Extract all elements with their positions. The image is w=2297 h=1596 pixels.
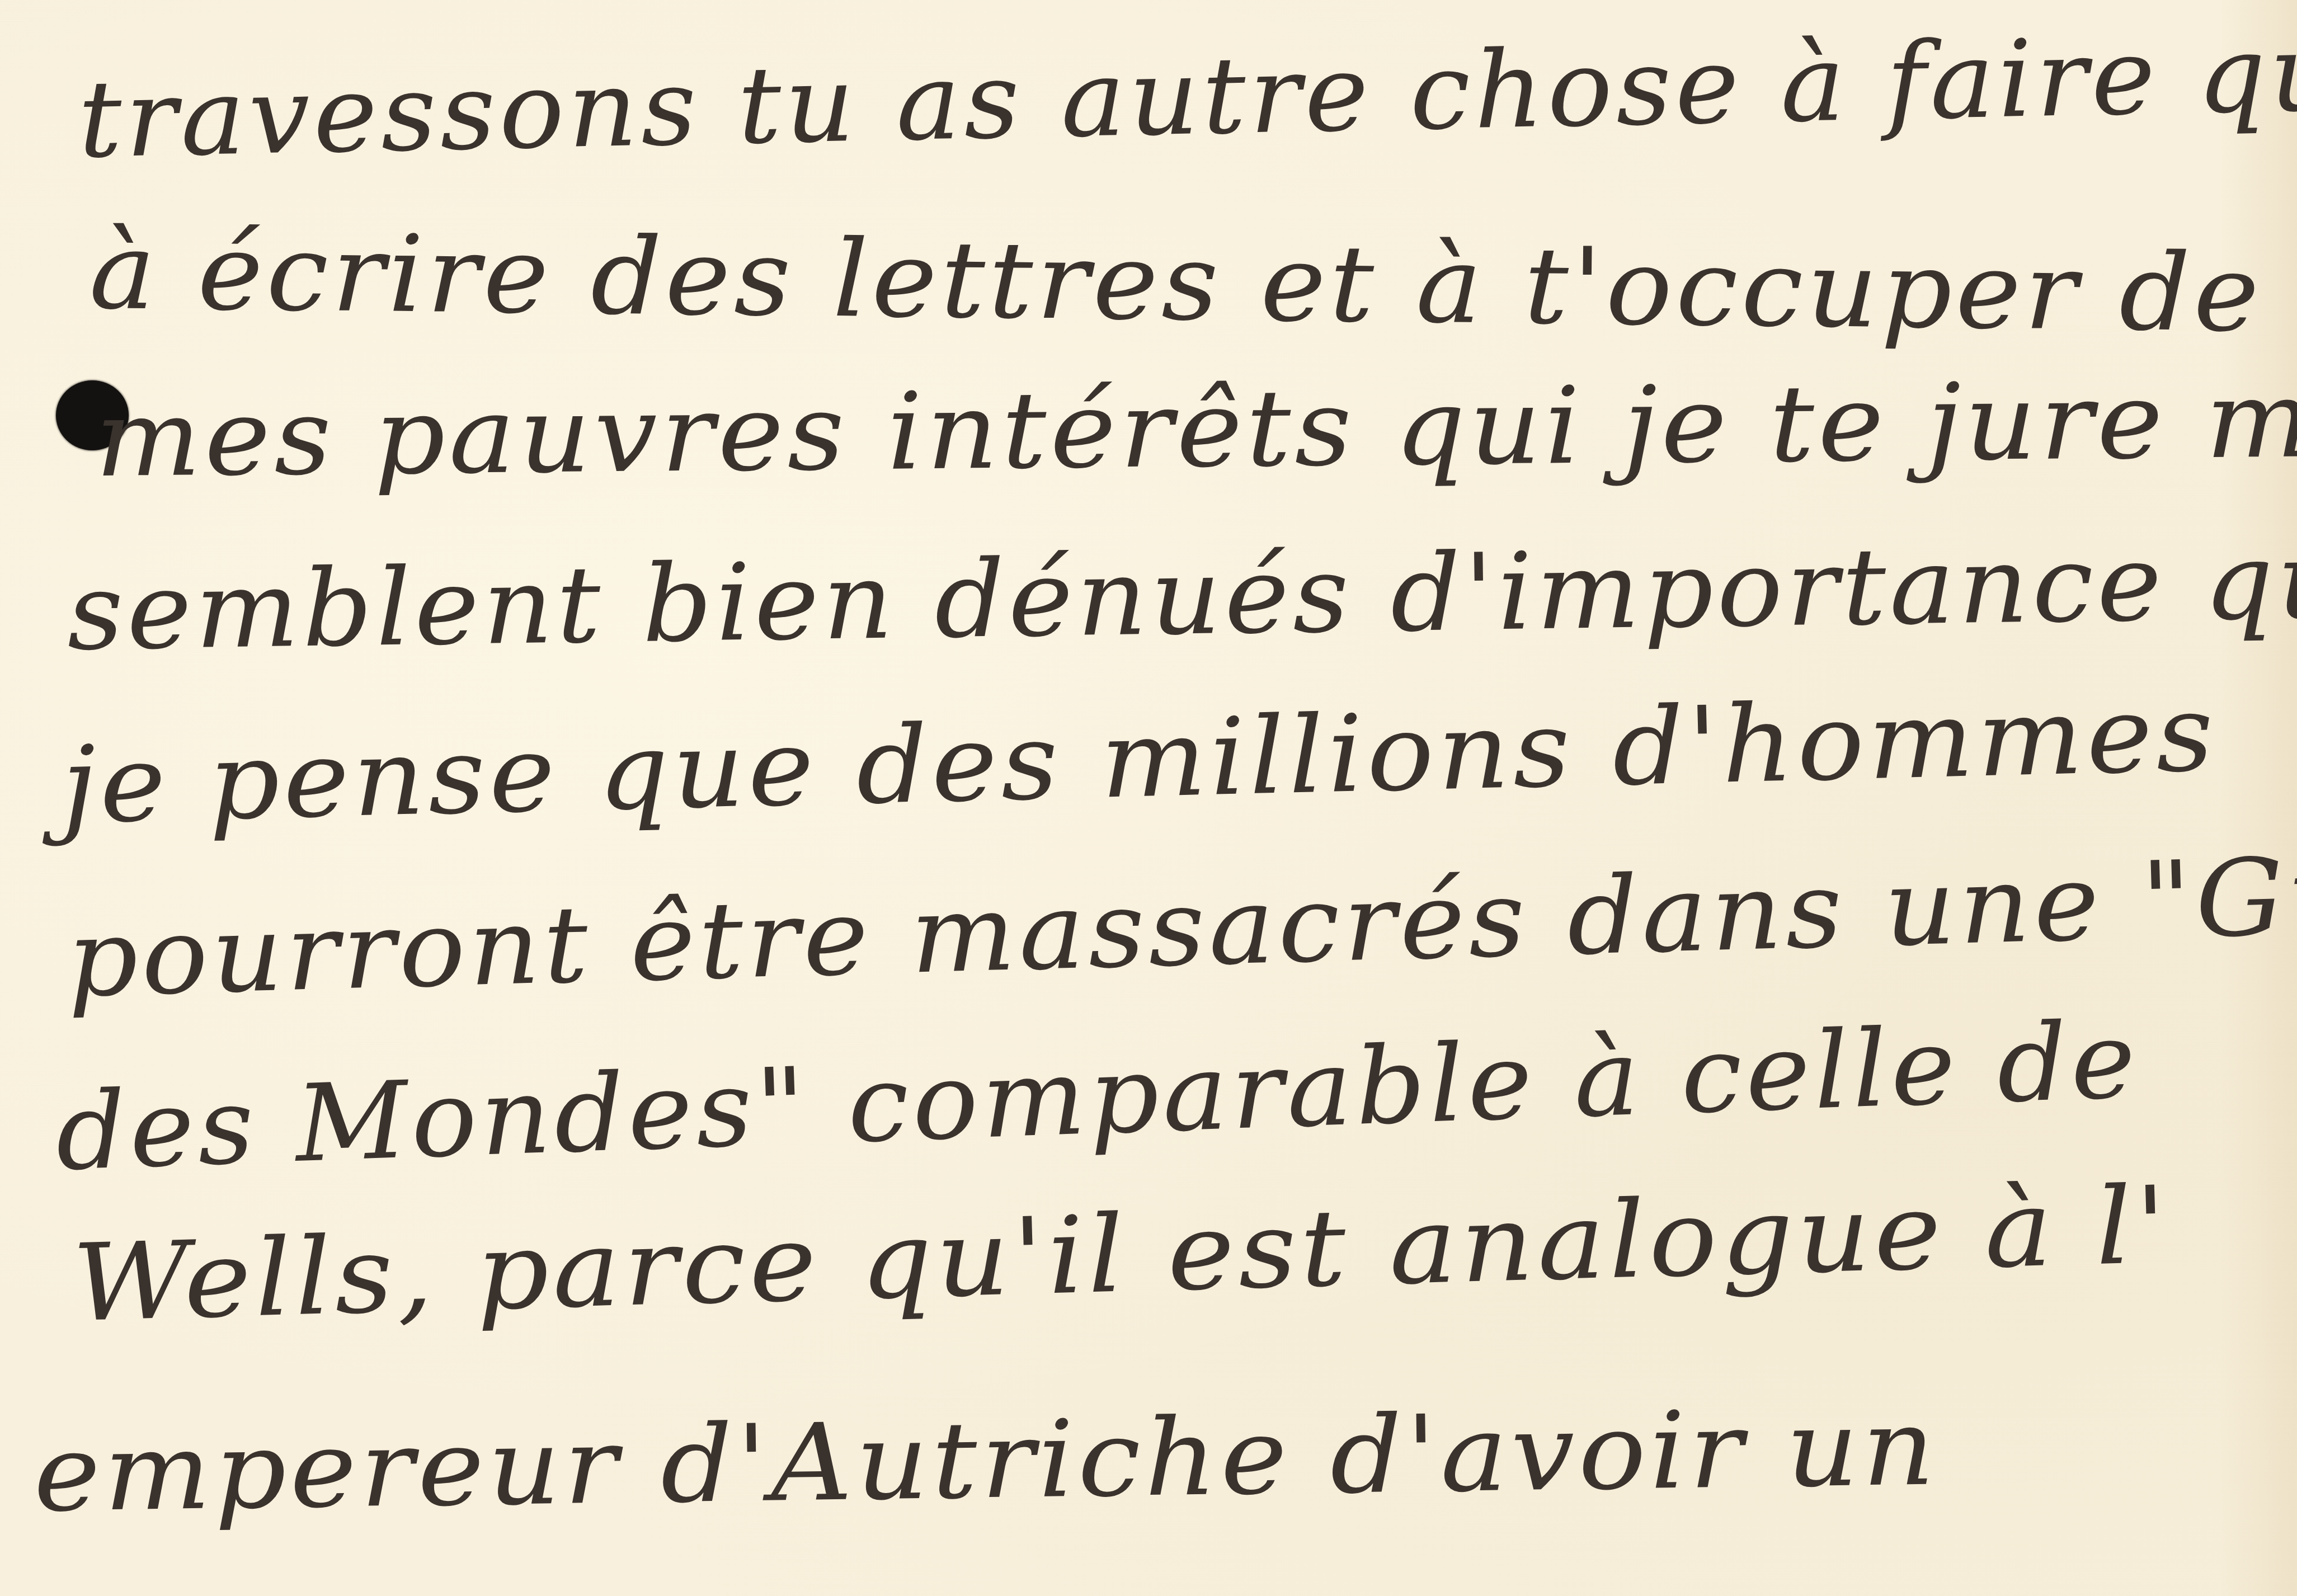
- handwritten-line: Wells, parce qu'il est analogue à l': [71, 1172, 2172, 1337]
- letter-page: travessons tu as autre chose à faire qui…: [0, 0, 2297, 1596]
- handwritten-line: travessons tu as autre chose à faire qui: [77, 19, 2297, 173]
- handwritten-line: des Mondes" comparable à celle de: [54, 1007, 2141, 1186]
- handwritten-text-block: travessons tu as autre chose à faire qui…: [0, 0, 2297, 1596]
- handwritten-line: empereur d'Autriche d'avoir un: [33, 1394, 1939, 1527]
- handwritten-line: semblent bien dénués d'importance quand: [67, 525, 2297, 666]
- handwritten-line: à écrire des lettres et à t'occuper de: [89, 218, 2263, 347]
- handwritten-line: pourront être massacrés dans une "Guerre: [65, 835, 2297, 1013]
- handwritten-line: mes pauvres intérêts qui je te jure me: [95, 366, 2297, 492]
- handwritten-line: je pense que des millions d'hommes: [60, 680, 2218, 839]
